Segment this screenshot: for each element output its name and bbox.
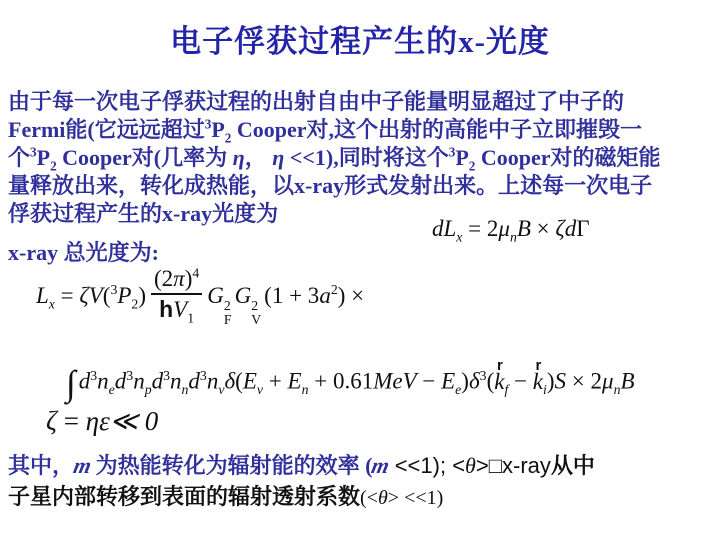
formula-zeta: ζ = ηε≪ 0 (46, 406, 158, 437)
formula-Lx-total: Lx = ζV(3P2)(2π)4hV1G2FG2V(1 + 3a2) × (36, 266, 364, 330)
body-line-1: 由于每一次电子俘获过程的出射自由中子能量明显超过了中子的 (8, 88, 718, 116)
formula-integral: ∫d3ned3npd3nnd3nνδ(Eν + En + 0.61MeV − E… (66, 352, 635, 404)
xray-luminosity-label: x-ray 总光度为: (8, 236, 159, 267)
footer-line-1: 其中，m 为热能转化为辐射能的效率 (m <<1); <θ>□x-ray从中 (8, 450, 718, 481)
body-line-3: 个3P2 Cooper对(几率为 η， η <<1),同时将这个3P2 Coop… (8, 144, 718, 172)
formula-Lx-content: Lx = ζV(3P2)(2π)4hV1G2FG2V(1 + 3a2) × (36, 269, 364, 326)
presentation-slide: 电子俘获过程产生的x-光度 由于每一次电子俘获过程的出射自由中子能量明显超过了中… (0, 0, 720, 540)
body-line-2: Fermi能(它远远超过3P2 Cooper对,这个出射的高能中子立即摧毁一 (8, 116, 718, 144)
footer-paragraph: 其中，m 为热能转化为辐射能的效率 (m <<1); <θ>□x-ray从中 子… (8, 450, 718, 512)
footer-line-2: 子星内部转移到表面的辐射透射系数(<θ> <<1) (8, 481, 718, 512)
body-line-5: 俘获过程产生的x-ray光度为 (8, 200, 718, 228)
slide-title: 电子俘获过程产生的x-光度 (0, 16, 720, 61)
body-line-4: 量释放出来，转化成热能，以x-ray形式发射出来。上述每一次电子 (8, 172, 718, 200)
formula-dLx: dLx = 2μnB × ζdΓ (432, 216, 590, 242)
body-paragraph: 由于每一次电子俘获过程的出射自由中子能量明显超过了中子的 Fermi能(它远远超… (8, 88, 718, 228)
